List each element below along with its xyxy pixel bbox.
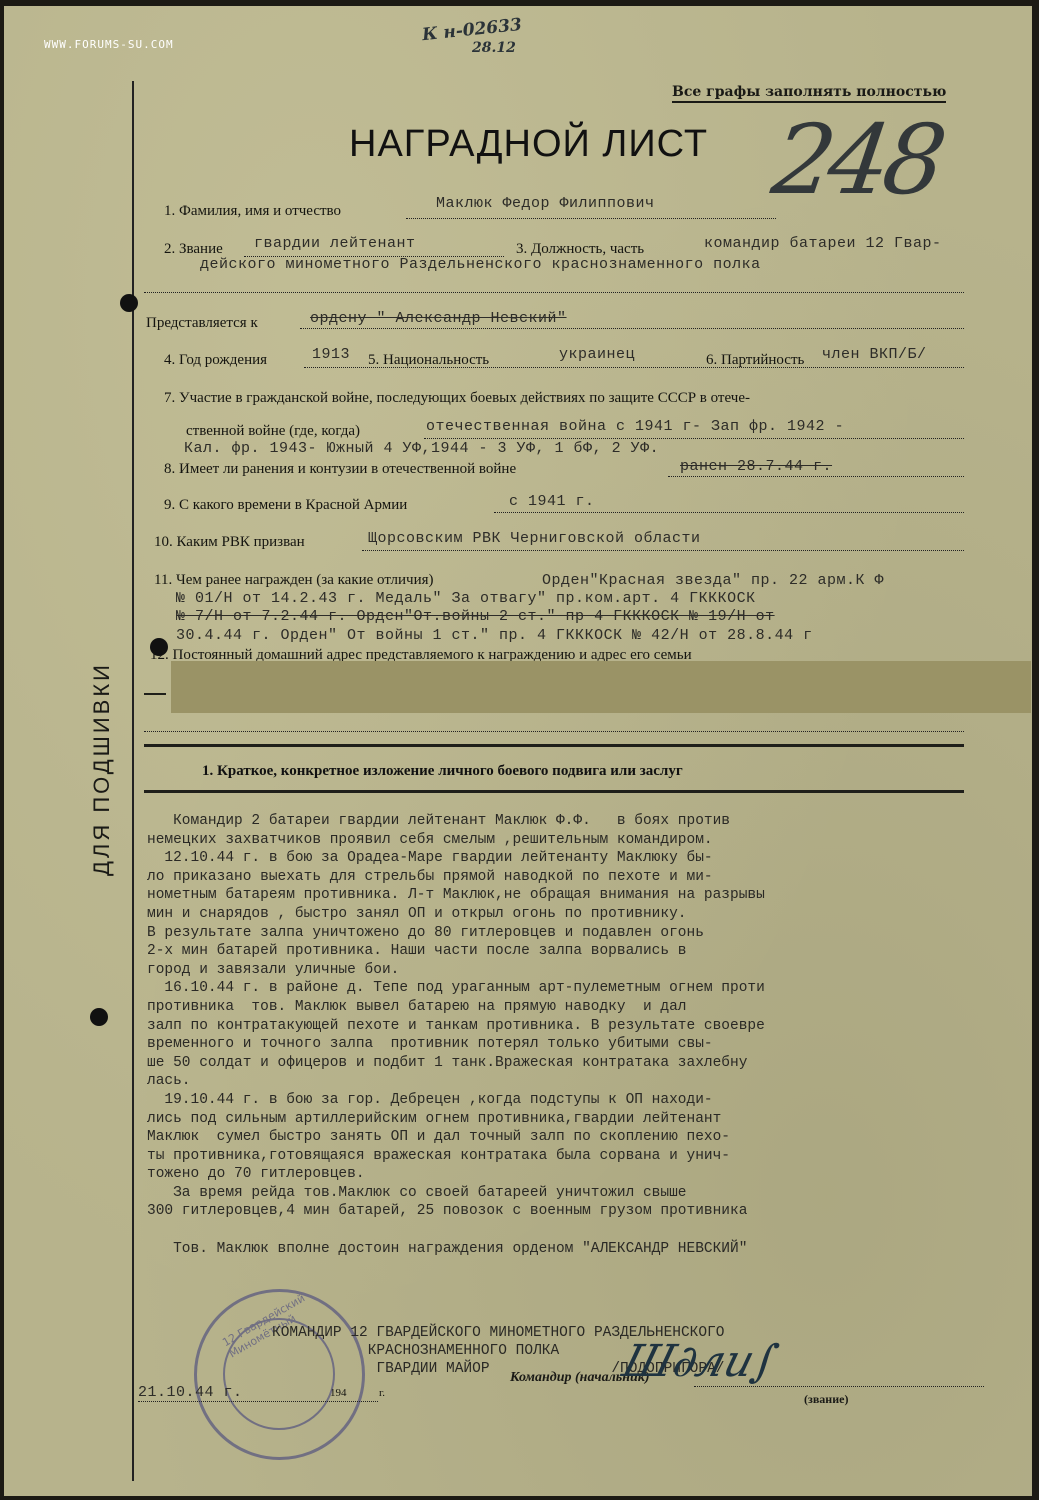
watermark: WWW.FORUMS-SU.COM [44, 38, 174, 51]
field-label-service-start: 9. С какого времени в Красной Армии [164, 497, 407, 514]
field-label-participation-cont: ственной войне (где, когда) [186, 423, 360, 440]
field-value-position: командир батареи 12 Гвар- [704, 235, 942, 252]
fill-line [362, 550, 964, 551]
field-value-participation: отечественная война с 1941 г- Зап фр. 19… [426, 418, 844, 435]
date-template-year: 194 [330, 1387, 347, 1399]
field-label-conscription: 10. Каким РВК призван [154, 534, 305, 551]
award-sheet-page: WWW.FORUMS-SU.COM К н-02633 28.12 Все гр… [4, 6, 1032, 1496]
field-label-name: 1. Фамилия, имя и отчество [164, 203, 341, 220]
punch-hole [90, 1008, 108, 1026]
field-value-previous-awards-3: № 7/Н от 7.2.44 г. Орден"От.войны 2 ст."… [176, 608, 775, 625]
punch-hole [120, 294, 138, 312]
section-title-feat: 1. Краткое, конкретное изложение личного… [202, 763, 683, 780]
field-value-nationality: украинец [559, 346, 635, 363]
field-label-previous-awards: 11. Чем ранее награжден (за какие отличи… [154, 572, 434, 589]
field-value-birth-year: 1913 [312, 346, 350, 363]
field-value-previous-awards-2: № 01/Н от 14.2.43 г. Медаль" За отвагу" … [176, 590, 756, 607]
document-title: НАГРАДНОЙ ЛИСТ [349, 123, 708, 166]
fill-line [144, 731, 964, 732]
field-value-rank: гвардии лейтенант [254, 235, 416, 252]
binding-margin-line [132, 81, 134, 1481]
fill-line [424, 438, 964, 439]
redacted-address [171, 661, 1031, 713]
field-value-nominated: ордену " Александр Невский" [310, 310, 567, 327]
field-value-previous-awards-1: Орден"Красная звезда" пр. 22 арм.К Ф [542, 572, 884, 589]
archive-date: 28.12 [472, 40, 516, 56]
field-value-conscription: Щорсовским РВК Черниговской области [368, 530, 701, 547]
fill-line [138, 1401, 378, 1402]
binding-margin-label: ДЛЯ ПОДШИВКИ [89, 662, 115, 876]
fill-line [668, 476, 964, 477]
rank-label: (звание) [804, 1392, 848, 1407]
field-value-name: Маклюк Федор Филиппович [436, 195, 655, 212]
handwritten-signature: Ш∂ли∫ [617, 1336, 783, 1387]
field-value-party: член ВКП/Б/ [822, 346, 927, 363]
signing-date: 21.10.44 г. [138, 1384, 243, 1401]
field-label-birth-year: 4. Год рождения [164, 352, 267, 369]
divider [144, 744, 964, 747]
date-template-suffix: г. [379, 1387, 385, 1399]
fill-line [304, 367, 964, 368]
fill-line [494, 512, 964, 513]
divider [144, 790, 964, 793]
fill-line [406, 218, 776, 219]
handwritten-number: 248 [766, 104, 947, 216]
field-value-previous-awards-4: 30.4.44 г. Орден" От войны 1 ст." пр. 4 … [176, 627, 813, 644]
field-label-nominated: Представляется к [146, 315, 258, 332]
fill-line [300, 328, 964, 329]
divider [144, 693, 166, 695]
feat-description: Командир 2 батареи гвардии лейтенант Мак… [147, 812, 765, 1258]
field-value-wounds: ранен 28.7.44 г. [680, 458, 832, 475]
field-value-service-start: с 1941 г. [509, 493, 595, 510]
fill-line [144, 292, 964, 293]
field-label-wounds: 8. Имеет ли ранения и контузии в отечест… [164, 461, 516, 478]
field-value-participation-cont: Кал. фр. 1943- Южный 4 УФ,1944 - 3 УФ, 1… [184, 440, 659, 457]
instruction-text: Все графы заполнять полностью [672, 84, 946, 103]
field-label-participation: 7. Участие в гражданской войне, последую… [164, 390, 750, 407]
field-value-position-cont: дейского минометного Раздельненского кра… [200, 256, 761, 273]
